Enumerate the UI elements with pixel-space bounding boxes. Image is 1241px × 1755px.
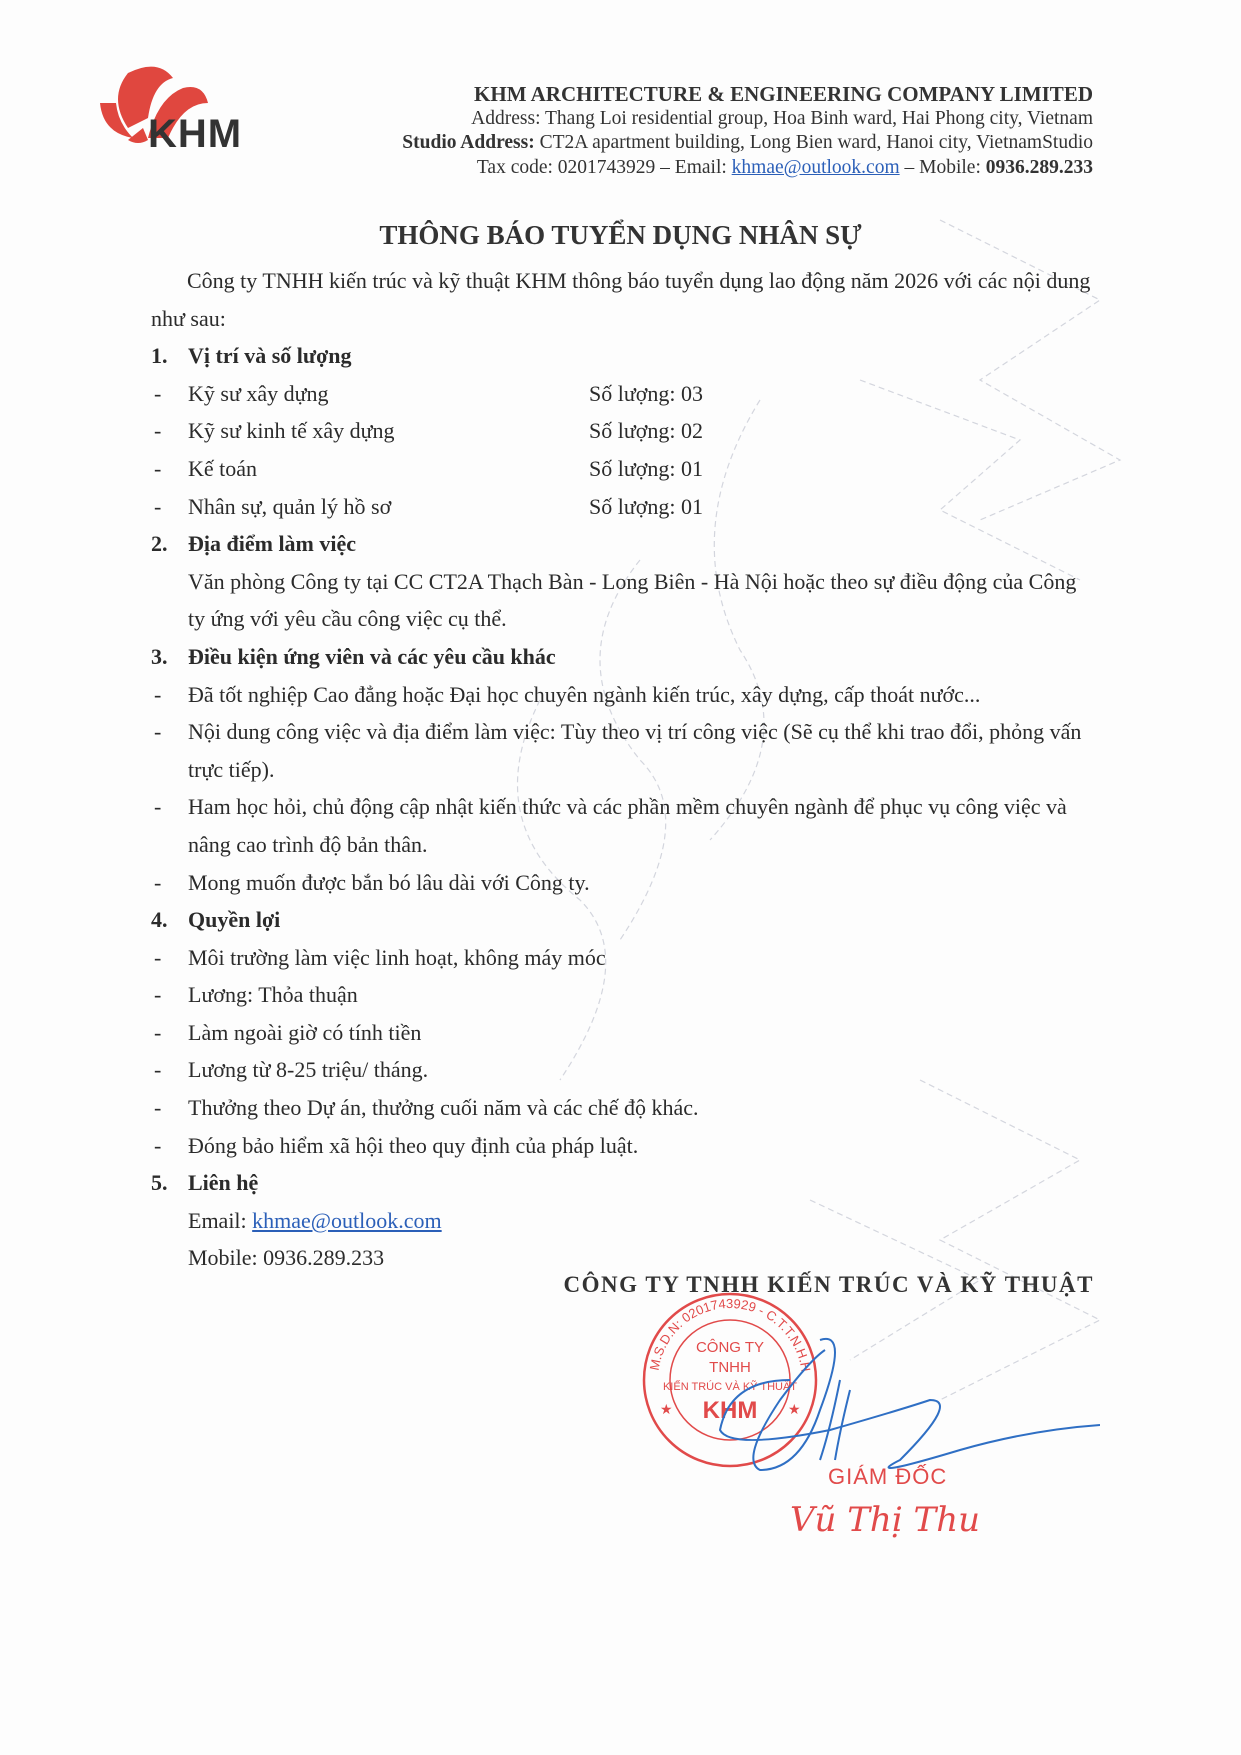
benefit-item: -Môi trường làm việc linh hoạt, không má… [151,939,1096,977]
benefit-item-text: Môi trường làm việc linh hoạt, không máy… [188,945,606,970]
studio-address: CT2A apartment building, Long Bien ward,… [535,132,1093,153]
position-quantity: Số lượng: 02 [589,412,703,450]
bullet-dash: - [154,713,161,751]
header-mobile: 0936.289.233 [986,157,1093,178]
position-row: -Nhân sự, quản lý hồ sơSố lượng: 01 [151,488,1096,526]
bullet-dash: - [154,976,161,1014]
bullet-dash: - [154,864,161,902]
bullet-dash: - [154,676,161,714]
positions-list: -Kỹ sư xây dựngSố lượng: 03-Kỹ sư kinh t… [151,375,1096,525]
benefit-item: -Đóng bảo hiểm xã hội theo quy định của … [151,1127,1096,1165]
benefit-item-text: Thưởng theo Dự án, thưởng cuối năm và cá… [188,1095,699,1120]
position-title: Kỹ sư xây dựng [188,381,329,406]
intro-paragraph: Công ty TNHH kiến trúc và kỹ thuật KHM t… [151,262,1096,337]
position-title: Nhân sự, quản lý hồ sơ [188,494,391,519]
bullet-dash: - [154,488,161,526]
benefit-item: -Lương từ 8-25 triệu/ tháng. [151,1051,1096,1089]
benefit-item-text: Lương: Thỏa thuận [188,982,358,1007]
company-address: Address: Thang Loi residential group, Ho… [402,107,1093,132]
position-title: Kế toán [188,456,257,481]
document-body: Công ty TNHH kiến trúc và kỹ thuật KHM t… [151,226,1096,1277]
bullet-dash: - [154,412,161,450]
requirements-list: -Đã tốt nghiệp Cao đẳng hoặc Đại học chu… [151,676,1096,902]
section-2-heading: 2.Địa điểm làm việc [151,525,1096,563]
requirement-item: -Mong muốn được bắn bó lâu dài với Công … [151,864,1096,902]
tax-code: Tax code: 0201743929 – Email: [477,157,732,178]
requirement-item: -Đã tốt nghiệp Cao đẳng hoặc Đại học chu… [151,676,1096,714]
benefit-item: -Lương: Thỏa thuận [151,976,1096,1014]
requirement-item-text: Mong muốn được bắn bó lâu dài với Công t… [188,870,590,895]
requirement-item-text: Đã tốt nghiệp Cao đẳng hoặc Đại học chuy… [188,682,980,707]
contact-line: Tax code: 0201743929 – Email: khmae@outl… [402,156,1093,181]
studio-label: Studio Address: [402,132,534,153]
section-4-heading: 4.Quyền lợi [151,901,1096,939]
benefit-item-text: Đóng bảo hiểm xã hội theo quy định của p… [188,1133,638,1158]
bullet-dash: - [154,450,161,488]
benefit-item-text: Lương từ 8-25 triệu/ tháng. [188,1057,428,1082]
director-title: GIÁM ĐỐC [828,1464,947,1490]
director-name: Vũ Thị Thu [790,1500,980,1540]
position-row: -Kỹ sư kinh tế xây dựngSố lượng: 02 [151,412,1096,450]
benefit-item: -Thưởng theo Dự án, thưởng cuối năm và c… [151,1089,1096,1127]
contact-email-line: Email: khmae@outlook.com [151,1202,1096,1240]
section-1-heading: 1.Vị trí và số lượng [151,337,1096,375]
benefits-list: -Môi trường làm việc linh hoạt, không má… [151,939,1096,1165]
requirement-item: -Ham học hỏi, chủ động cập nhật kiến thứ… [151,788,1096,863]
mobile-prefix: – Mobile: [900,157,986,178]
studio-address-line: Studio Address: CT2A apartment building,… [402,131,1093,156]
section-5-heading: 5.Liên hệ [151,1164,1096,1202]
svg-text:★: ★ [660,1403,673,1418]
position-quantity: Số lượng: 01 [589,488,703,526]
requirement-item-text: Nội dung công việc và địa điểm làm việc:… [188,719,1081,782]
bullet-dash: - [154,1089,161,1127]
bullet-dash: - [154,1051,161,1089]
position-quantity: Số lượng: 01 [589,450,703,488]
position-quantity: Số lượng: 03 [589,375,703,413]
benefit-item: -Làm ngoài giờ có tính tiền [151,1014,1096,1052]
section-3-heading: 3.Điều kiện ứng viên và các yêu cầu khác [151,638,1096,676]
benefit-item-text: Làm ngoài giờ có tính tiền [188,1020,421,1045]
bullet-dash: - [154,1127,161,1165]
letterhead: KHM ARCHITECTURE & ENGINEERING COMPANY L… [402,82,1093,180]
position-title: Kỹ sư kinh tế xây dựng [188,418,395,443]
requirement-item: -Nội dung công việc và địa điểm làm việc… [151,713,1096,788]
bullet-dash: - [154,1014,161,1052]
bullet-dash: - [154,375,161,413]
position-row: -Kế toánSố lượng: 01 [151,450,1096,488]
header-email-link[interactable]: khmae@outlook.com [732,157,900,178]
logo-text: KHM [148,112,242,157]
bullet-dash: - [154,939,161,977]
company-name: KHM ARCHITECTURE & ENGINEERING COMPANY L… [402,82,1093,107]
position-row: -Kỹ sư xây dựngSố lượng: 03 [151,375,1096,413]
contact-email-link[interactable]: khmae@outlook.com [252,1208,442,1233]
bullet-dash: - [154,788,161,826]
workplace-text: Văn phòng Công ty tại CC CT2A Thạch Bàn … [151,563,1096,638]
requirement-item-text: Ham học hỏi, chủ động cập nhật kiến thức… [188,794,1067,857]
